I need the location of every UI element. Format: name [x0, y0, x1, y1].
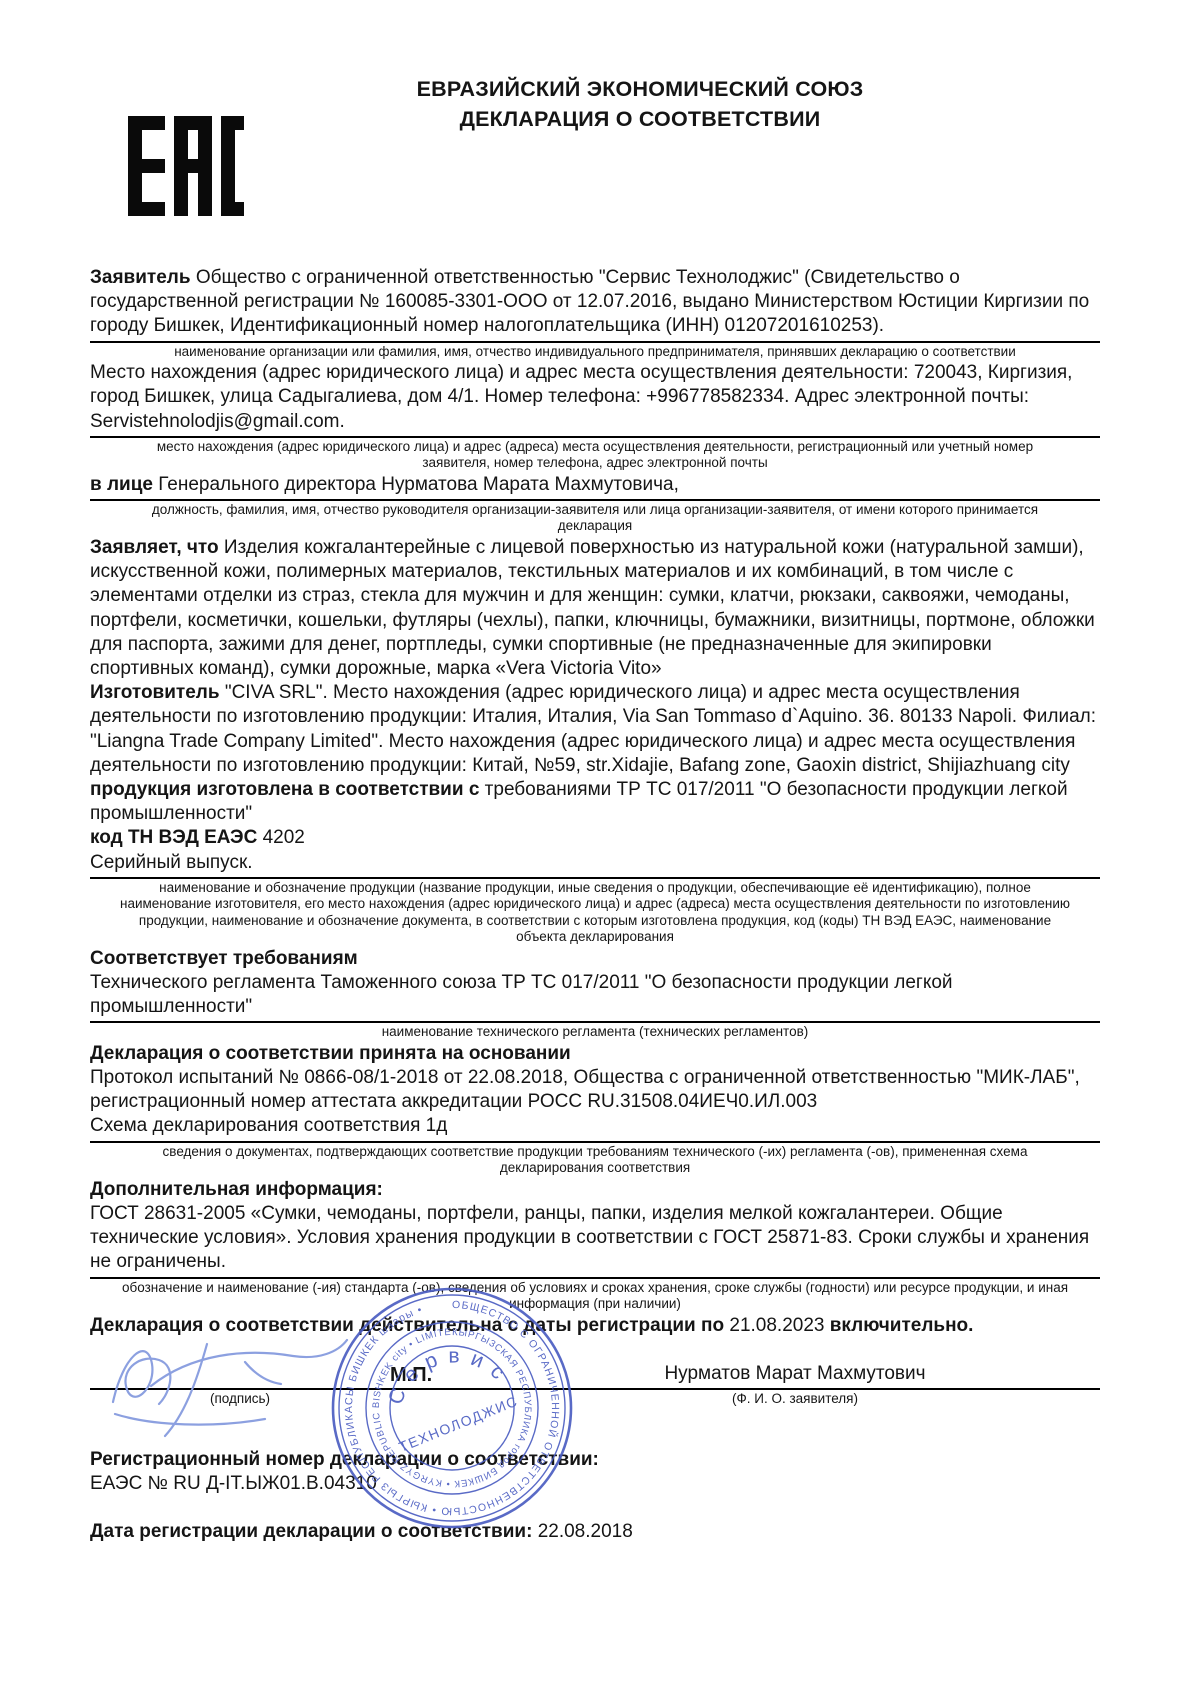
tnved-code-label: код ТН ВЭД ЕАЭС [90, 827, 257, 848]
additional-text: ГОСТ 28631-2005 «Сумки, чемоданы, портфе… [90, 1202, 1100, 1275]
document-header: ЕВРАЗИЙСКИЙ ЭКОНОМИЧЕСКИЙ СОЮЗ ДЕКЛАРАЦИ… [190, 74, 1090, 134]
additional-heading: Дополнительная информация: [90, 1178, 1100, 1202]
signer-name: Нурматов Марат Махмутович [610, 1363, 980, 1385]
declares-label: Заявляет, что [90, 537, 219, 558]
separator-rule-product [90, 877, 1100, 879]
union-title: ЕВРАЗИЙСКИЙ ЭКОНОМИЧЕСКИЙ СОЮЗ [190, 74, 1090, 104]
manufacturer-label: Изготовитель [90, 682, 220, 703]
basis-text: Протокол испытаний № 0866-08/1-2018 от 2… [90, 1066, 1100, 1114]
applicant-text: Общество с ограниченной ответственностью… [90, 267, 1089, 336]
declaration-document: ЕВРАЗИЙСКИЙ ЭКОНОМИЧЕСКИЙ СОЮЗ ДЕКЛАРАЦИ… [0, 0, 1191, 1684]
declares-paragraph: Заявляет, что Изделия кожгалантерейные с… [90, 536, 1100, 681]
registration-date-paragraph: Дата регистрации декларации о соответств… [90, 1520, 1100, 1544]
separator-rule-additional [90, 1277, 1100, 1279]
location-text: Место нахождения (адрес юридического лиц… [90, 362, 1072, 431]
represented-caption: должность, фамилия, имя, отчество руково… [145, 502, 1045, 535]
represented-paragraph: в лице Генерального директора Нурматова … [90, 473, 1100, 497]
conformity-label: продукция изготовлена в соответствии с [90, 779, 479, 800]
location-caption: место нахождения (адрес юридического лиц… [125, 439, 1065, 472]
declares-text: Изделия кожгалантерейные с лицевой повер… [90, 537, 1095, 679]
company-stamp: ОБЩЕСТВО С ОГРАНИЧЕННОЙ ОТВЕТСТВЕННОСТЬЮ… [330, 1286, 574, 1530]
basis-scheme: Схема декларирования соответствия 1д [90, 1114, 1100, 1138]
separator-rule-basis [90, 1141, 1100, 1143]
registration-number-value: ЕАЭС № RU Д-IT.ЫЖ01.В.04310 [90, 1472, 1100, 1496]
separator-rule-location [90, 436, 1100, 438]
serial-release: Серийный выпуск. [90, 851, 1100, 875]
basis-heading: Декларация о соответствии принята на осн… [90, 1042, 1100, 1066]
conformity-paragraph: продукция изготовлена в соответствии с т… [90, 778, 1100, 826]
registration-block: Регистрационный номер декларации о соотв… [90, 1448, 1100, 1496]
registration-number-label: Регистрационный номер декларации о соотв… [90, 1448, 1100, 1472]
tnved-code-paragraph: код ТН ВЭД ЕАЭС 4202 [90, 826, 1100, 850]
signer-name-caption: (Ф. И. О. заявителя) [610, 1390, 980, 1407]
separator-rule-compliance [90, 1021, 1100, 1023]
handwritten-signature [95, 1322, 355, 1440]
represented-label: в лице [90, 474, 153, 495]
tnved-code-value: 4202 [263, 827, 305, 848]
product-caption: наименование и обозначение продукции (на… [113, 880, 1078, 946]
applicant-caption: наименование организации или фамилия, им… [101, 344, 1089, 361]
compliance-text: Технического регламента Таможенного союз… [90, 971, 1100, 1019]
applicant-label: Заявитель [90, 267, 191, 288]
applicant-paragraph: Заявитель Общество с ограниченной ответс… [90, 266, 1100, 339]
separator-rule-represented [90, 499, 1100, 501]
additional-caption: обозначение и наименование (-ия) стандар… [101, 1280, 1089, 1313]
represented-text: Генерального директора Нурматова Марата … [158, 474, 679, 495]
declaration-title: ДЕКЛАРАЦИЯ О СООТВЕТСТВИИ [190, 104, 1090, 134]
manufacturer-paragraph: Изготовитель "CIVA SRL". Место нахождени… [90, 681, 1100, 778]
validity-date: 21.08.2023 [729, 1315, 824, 1336]
separator-rule-applicant [90, 341, 1100, 343]
manufacturer-text: "CIVA SRL". Место нахождения (адрес юрид… [90, 682, 1096, 776]
location-paragraph: Место нахождения (адрес юридического лиц… [90, 361, 1100, 434]
compliance-caption: наименование технического регламента (те… [101, 1024, 1089, 1041]
compliance-heading: Соответствует требованиям [90, 947, 1100, 971]
basis-caption: сведения о документах, подтверждающих со… [135, 1144, 1055, 1177]
validity-suffix: включительно. [830, 1315, 974, 1336]
